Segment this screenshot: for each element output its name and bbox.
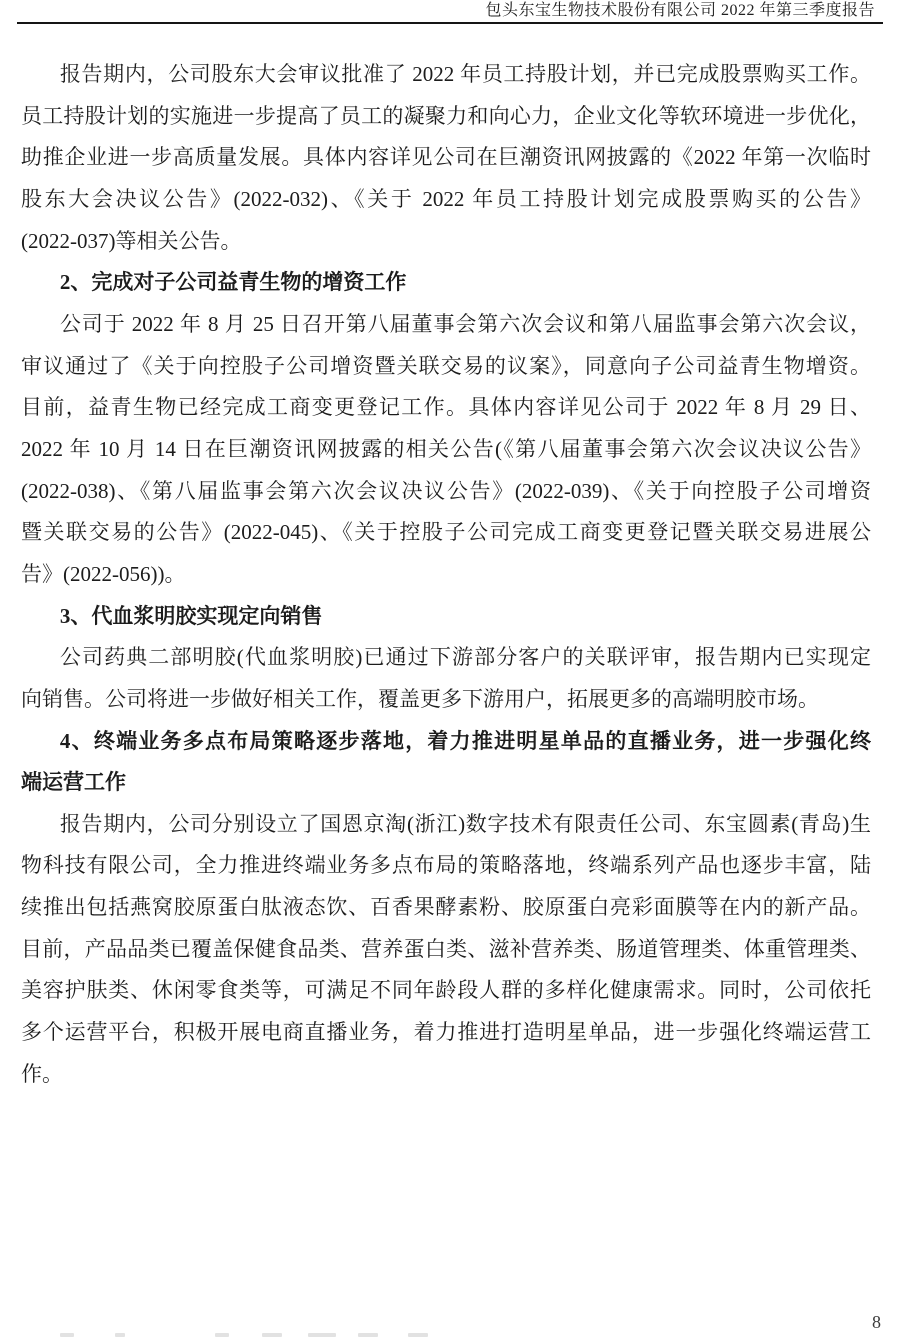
paragraph-line: (2022-037)等相关公告。 (21, 221, 871, 263)
paragraph-line: 公司于 2022 年 8 月 25 日召开第八届董事会第六次会议和第八届监事会第… (21, 304, 871, 346)
paragraph-line: 物科技有限公司，全力推进终端业务多点布局的策略落地，终端系列产品也逐步丰富，陆 (21, 845, 871, 887)
paragraph-line: 向销售。公司将进一步做好相关工作，覆盖更多下游用户，拓展更多的高端明胶市场。 (21, 679, 871, 721)
section-heading-2: 2、完成对子公司益青生物的增资工作 (21, 262, 871, 304)
paragraph-line: 助推企业进一步高质量发展。具体内容详见公司在巨潮资讯网披露的《2022 年第一次… (21, 137, 871, 179)
paragraph-line: 股东大会决议公告》(2022-032)、《关于 2022 年员工持股计划完成股票… (21, 179, 871, 221)
report-body: 报告期内，公司股东大会审议批准了 2022 年员工持股计划，并已完成股票购买工作… (21, 54, 871, 1095)
paragraph-line: 美容护肤类、休闲零食类等，可满足不同年龄段人群的多样化健康需求。同时，公司依托 (21, 970, 871, 1012)
report-page: 包头东宝生物技术股份有限公司 2022 年第三季度报告 报告期内，公司股东大会审… (0, 0, 900, 1340)
section-heading-4: 4、终端业务多点布局策略逐步落地，着力推进明星单品的直播业务，进一步强化终 (21, 721, 871, 763)
paragraph-line: 作。 (21, 1054, 871, 1096)
paragraph-line: 目前，产品品类已覆盖保健食品类、营养蛋白类、滋补营养类、肠道管理类、体重管理类、 (21, 929, 871, 971)
header-divider (17, 22, 883, 24)
paragraph-line: 目前，益青生物已经完成工商变更登记工作。具体内容详见公司于 2022 年 8 月… (21, 387, 871, 429)
paragraph-line: 报告期内，公司分别设立了国恩京淘(浙江)数字技术有限责任公司、东宝圆素(青岛)生 (21, 804, 871, 846)
paragraph-line: 报告期内，公司股东大会审议批准了 2022 年员工持股计划，并已完成股票购买工作… (21, 54, 871, 96)
paragraph-line: 告》(2022-056))。 (21, 554, 871, 596)
paragraph-line: (2022-038)、《第八届监事会第六次会议决议公告》(2022-039)、《… (21, 471, 871, 513)
paragraph-line: 多个运营平台，积极开展电商直播业务，着力推进打造明星单品，进一步强化终端运营工 (21, 1012, 871, 1054)
section-heading-3: 3、代血浆明胶实现定向销售 (21, 596, 871, 638)
page-number: 8 (872, 1312, 881, 1333)
section-heading-4-continued: 端运营工作 (21, 762, 871, 804)
paragraph-line: 公司药典二部明胶(代血浆明胶)已通过下游部分客户的关联评审，报告期内已实现定 (21, 637, 871, 679)
paragraph-line: 暨关联交易的公告》(2022-045)、《关于控股子公司完成工商变更登记暨关联交… (21, 512, 871, 554)
paragraph-line: 员工持股计划的实施进一步提高了员工的凝聚力和向心力，企业文化等软环境进一步优化， (21, 96, 871, 138)
page-header-title: 包头东宝生物技术股份有限公司 2022 年第三季度报告 (0, 1, 875, 21)
paragraph-line: 审议通过了《关于向控股子公司增资暨关联交易的议案》，同意向子公司益青生物增资。 (21, 346, 871, 388)
paragraph-line: 2022 年 10 月 14 日在巨潮资讯网披露的相关公告(《第八届董事会第六次… (21, 429, 871, 471)
paragraph-line: 续推出包括燕窝胶原蛋白肽液态饮、百香果酵素粉、胶原蛋白亮彩面膜等在内的新产品。 (21, 887, 871, 929)
page-bleed-artifact (0, 1333, 900, 1338)
